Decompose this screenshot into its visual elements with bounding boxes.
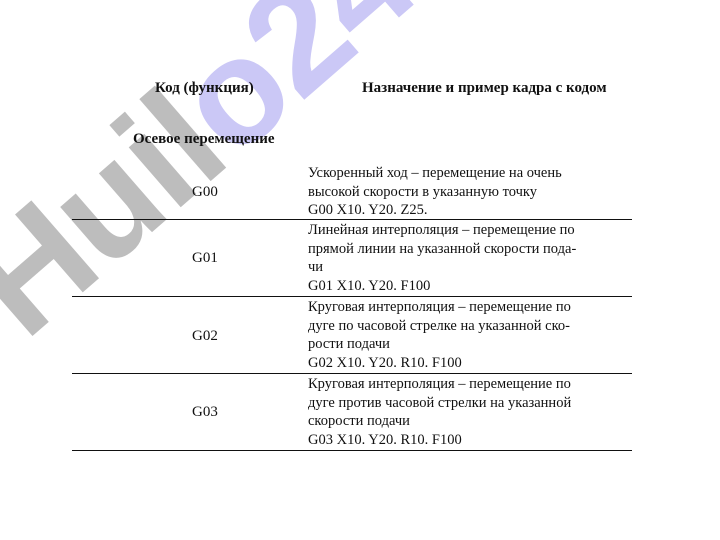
header-description: Назначение и пример кадра с кодом — [362, 80, 607, 97]
row-code: G02 — [192, 328, 218, 345]
desc-line: Круговая интерполяция – перемещение по — [308, 375, 638, 394]
row-description: Линейная интерполяция – перемещение по п… — [308, 221, 638, 295]
table-row: G00 Ускоренный ход – перемещение на очен… — [72, 164, 632, 220]
row-code: G03 — [192, 404, 218, 421]
desc-line: рости подачи — [308, 335, 638, 354]
desc-line: Линейная интерполяция – перемещение по — [308, 221, 638, 240]
table-row: G01 Линейная интерполяция – перемещение … — [72, 221, 632, 297]
table-row: G02 Круговая интерполяция – перемещение … — [72, 298, 632, 374]
row-description: Круговая интерполяция – перемещение по д… — [308, 375, 638, 449]
table-row: G03 Круговая интерполяция – перемещение … — [72, 375, 632, 451]
desc-line: прямой линии на указанной скорости пода- — [308, 240, 638, 259]
desc-line: высокой скорости в указанную точку — [308, 183, 638, 202]
section-title: Осевое перемещение — [133, 131, 275, 148]
desc-line: скорости подачи — [308, 412, 638, 431]
desc-line: дуге против часовой стрелки на указанной — [308, 394, 638, 413]
desc-line: Круговая интерполяция – перемещение по — [308, 298, 638, 317]
desc-line: G02 X10. Y20. R10. F100 — [308, 354, 638, 373]
header-code: Код (функция) — [155, 80, 254, 97]
row-code: G01 — [192, 250, 218, 267]
row-description: Ускоренный ход – перемещение на очень вы… — [308, 164, 638, 220]
desc-line: G01 X10. Y20. F100 — [308, 277, 638, 296]
row-description: Круговая интерполяция – перемещение по д… — [308, 298, 638, 372]
desc-line: чи — [308, 258, 638, 277]
document-page: Код (функция) Назначение и пример кадра … — [0, 0, 720, 540]
desc-line: G00 X10. Y20. Z25. — [308, 201, 638, 220]
desc-line: дуге по часовой стрелке на указанной ско… — [308, 317, 638, 336]
row-code: G00 — [192, 184, 218, 201]
desc-line: G03 X10. Y20. R10. F100 — [308, 431, 638, 450]
desc-line: Ускоренный ход – перемещение на очень — [308, 164, 638, 183]
